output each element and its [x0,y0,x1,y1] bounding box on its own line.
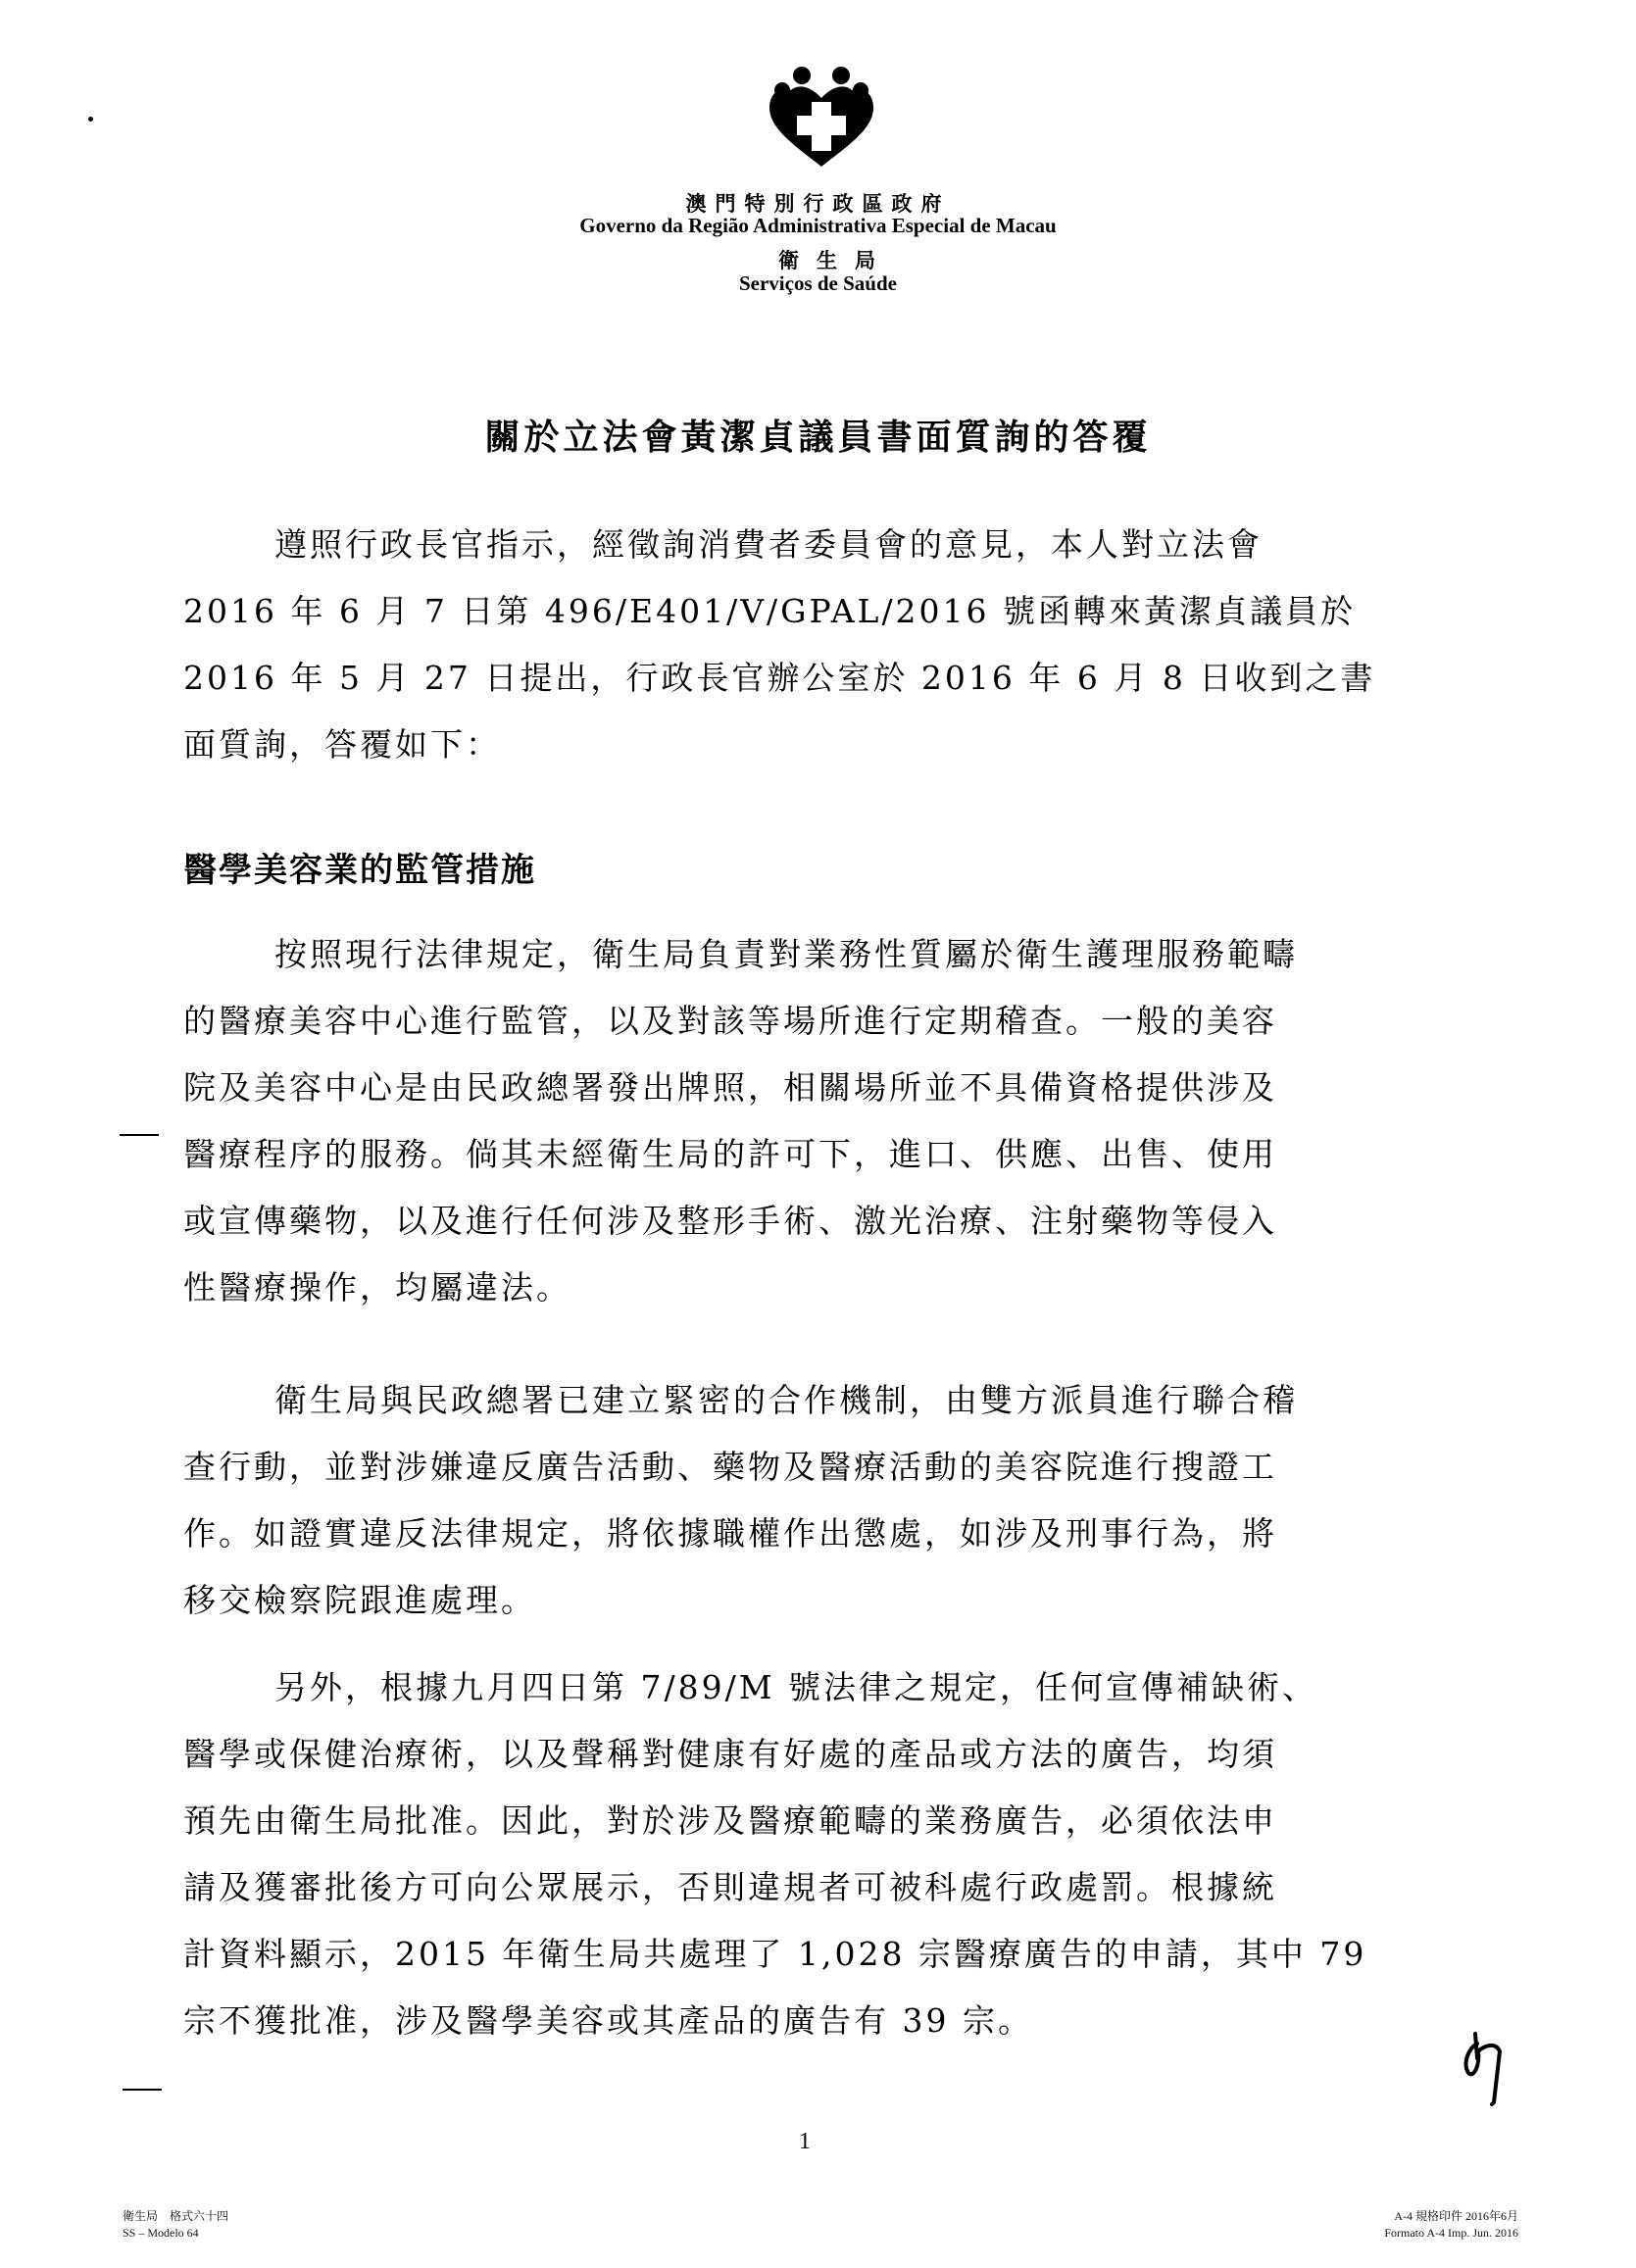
text-line: 的醫療美容中心進行監管，以及對該等場所進行定期稽查。一般的美容 [183,988,1467,1055]
text-line: 面質詢，答覆如下： [183,712,1467,778]
footer-print-info-pt: Formato A-4 Imp. Jun. 2016 [1384,2225,1518,2242]
text-line: 或宣傳藥物，以及進行任何涉及整形手術、激光治療、注射藥物等侵入 [183,1188,1467,1255]
section-paragraph-1: 按照現行法律規定，衛生局負責對業務性質屬於衛生護理服務範疇 的醫療美容中心進行監… [183,921,1467,1321]
document-title: 關於立法會黃潔貞議員書面質詢的答覆 [0,410,1636,460]
footer-print-info-cn: A-4 規格印件 2016年6月 [1384,2208,1518,2225]
text-line: 請及獲審批後方可向公眾展示，否則違規者可被科處行政處罰。根據統 [183,1854,1467,1921]
text-line: 按照現行法律規定，衛生局負責對業務性質屬於衛生護理服務範疇 [183,921,1467,988]
text-line: 宗不獲批准，涉及醫學美容或其產品的廣告有 39 宗。 [183,1988,1467,2054]
text-line: 2016 年 5 月 27 日提出，行政長官辦公室於 2016 年 6 月 8 … [183,645,1467,712]
footer-form-code: 衛生局 格式六十四 SS – Modelo 64 [123,2208,228,2242]
bureau-name-pt: Serviços de Saúde [0,271,1636,296]
text-line: 計資料顯示，2015 年衛生局共處理了 1,028 宗醫療廣告的申請，其中 79 [183,1921,1467,1988]
bureau-name-cn: 衛生局 [0,245,1636,274]
margin-mark [123,2089,162,2091]
text-line: 另外，根據九月四日第 7/89/M 號法律之規定，任何宣傳補缺術、 [183,1654,1467,1721]
section-paragraph-2: 衛生局與民政總署已建立緊密的合作機制，由雙方派員進行聯合稽 查行動，並對涉嫌違反… [183,1367,1467,1634]
handwritten-initials-icon [1461,2014,1519,2112]
footer-print-info: A-4 規格印件 2016年6月 Formato A-4 Imp. Jun. 2… [1384,2208,1518,2242]
text-line: 衛生局與民政總署已建立緊密的合作機制，由雙方派員進行聯合稽 [183,1367,1467,1434]
text-line: 醫學或保健治療術，以及聲稱對健康有好處的產品或方法的廣告，均須 [183,1721,1467,1788]
section-paragraph-3: 另外，根據九月四日第 7/89/M 號法律之規定，任何宣傳補缺術、 醫學或保健治… [183,1654,1467,2054]
health-bureau-logo-icon [768,61,875,169]
text-line: 預先由衛生局批准。因此，對於涉及醫療範疇的業務廣告，必須依法申 [183,1788,1467,1854]
text-line: 醫療程序的服務。倘其未經衛生局的許可下，進口、供應、出售、使用 [183,1121,1467,1188]
text-line: 2016 年 6 月 7 日第 496/E401/V/GPAL/2016 號函轉… [183,578,1467,645]
margin-mark [120,1134,159,1136]
section-heading: 醫學美容業的監管措施 [183,843,536,891]
footer-form-code-pt: SS – Modelo 64 [123,2225,228,2242]
page-number: 1 [799,2129,811,2155]
text-line: 作。如證實違反法律規定，將依據職權作出懲處，如涉及刑事行為，將 [183,1501,1467,1567]
text-line: 性醫療操作，均屬違法。 [183,1255,1467,1321]
intro-paragraph: 遵照行政長官指示，經徵詢消費者委員會的意見，本人對立法會 2016 年 6 月 … [183,512,1467,778]
text-line: 院及美容中心是由民政總署發出牌照，相關場所並不具備資格提供涉及 [183,1055,1467,1121]
government-name-pt: Governo da Região Administrativa Especia… [0,214,1636,238]
text-line: 查行動，並對涉嫌違反廣告活動、藥物及醫療活動的美容院進行搜證工 [183,1434,1467,1501]
scan-dot [88,117,93,122]
text-line: 遵照行政長官指示，經徵詢消費者委員會的意見，本人對立法會 [183,512,1467,578]
footer-form-code-cn: 衛生局 格式六十四 [123,2208,228,2225]
text-line: 移交檢察院跟進處理。 [183,1567,1467,1634]
